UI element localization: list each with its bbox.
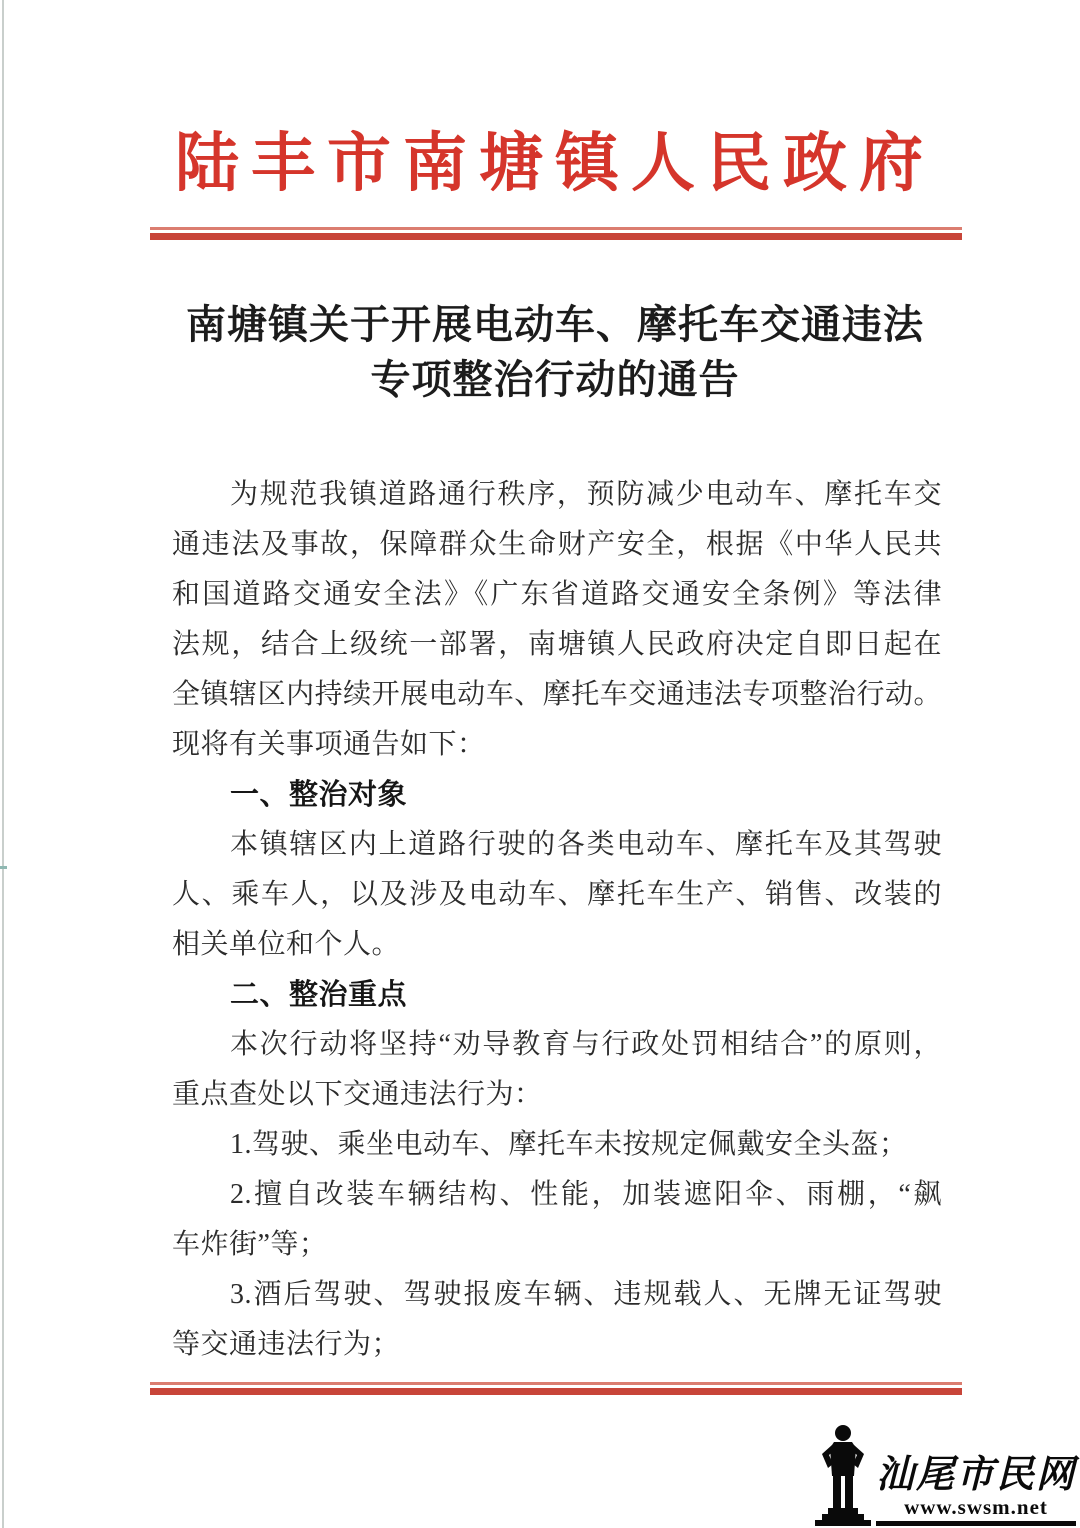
list-item-3-continued: 等交通违法行为； [172, 1320, 942, 1370]
document-title-line-2: 专项整治行动的通告 [150, 352, 960, 407]
body-line: 重点查处以下交通违法行为： [172, 1070, 942, 1120]
scan-tick-artifact [0, 866, 7, 869]
body-line: 法规，结合上级统一部署，南塘镇人民政府决定自即日起在 [172, 620, 942, 670]
section-heading-1: 一、整治对象 [172, 770, 942, 820]
body-line: 本次行动将坚持“劝导教育与行政处罚相结合”的原则， [172, 1020, 942, 1070]
section-heading-2: 二、整治重点 [172, 970, 942, 1020]
watermark-text-block: 汕尾市民网 www.swsm.net [876, 1454, 1076, 1526]
watermark-site-url: www.swsm.net [904, 1496, 1048, 1519]
footer-divider [150, 1382, 962, 1395]
site-watermark: 汕尾市民网 www.swsm.net [812, 1424, 1076, 1526]
body-line: 本镇辖区内上道路行驶的各类电动车、摩托车及其驾驶 [172, 820, 942, 870]
list-item-2-continued: 车炸街”等； [172, 1220, 942, 1270]
scan-edge-artifact [2, 0, 4, 1528]
body-line: 人、乘车人，以及涉及电动车、摩托车生产、销售、改装的 [172, 870, 942, 920]
body-line: 通违法及事故，保障群众生命财产安全，根据《中华人民共 [172, 520, 942, 570]
list-item-1: 1.驾驶、乘坐电动车、摩托车未按规定佩戴安全头盔； [172, 1120, 942, 1170]
letterhead-divider [150, 227, 962, 240]
document-body: 为规范我镇道路通行秩序，预防减少电动车、摩托车交 通违法及事故，保障群众生命财产… [172, 470, 942, 1370]
person-silhouette-icon [812, 1424, 874, 1526]
body-line: 全镇辖区内持续开展电动车、摩托车交通违法专项整治行动。 [172, 670, 942, 720]
watermark-site-name: 汕尾市民网 [876, 1454, 1076, 1496]
list-item-3: 3.酒后驾驶、驾驶报废车辆、违规载人、无牌无证驾驶 [172, 1270, 942, 1320]
list-item-2: 2.擅自改装车辆结构、性能，加装遮阳伞、雨棚，“飙 [172, 1170, 942, 1220]
body-line: 相关单位和个人。 [172, 920, 942, 970]
letterhead-agency-title: 陆丰市南塘镇人民政府 [150, 124, 960, 204]
body-line: 为规范我镇道路通行秩序，预防减少电动车、摩托车交 [172, 470, 942, 520]
document-title: 南塘镇关于开展电动车、摩托车交通违法 专项整治行动的通告 [150, 297, 960, 407]
body-line: 现将有关事项通告如下： [172, 720, 942, 770]
document-page: 陆丰市南塘镇人民政府 南塘镇关于开展电动车、摩托车交通违法 专项整治行动的通告 … [0, 0, 1080, 1528]
body-line: 和国道路交通安全法》《广东省道路交通安全条例》等法律 [172, 570, 942, 620]
document-title-line-1: 南塘镇关于开展电动车、摩托车交通违法 [150, 297, 960, 352]
